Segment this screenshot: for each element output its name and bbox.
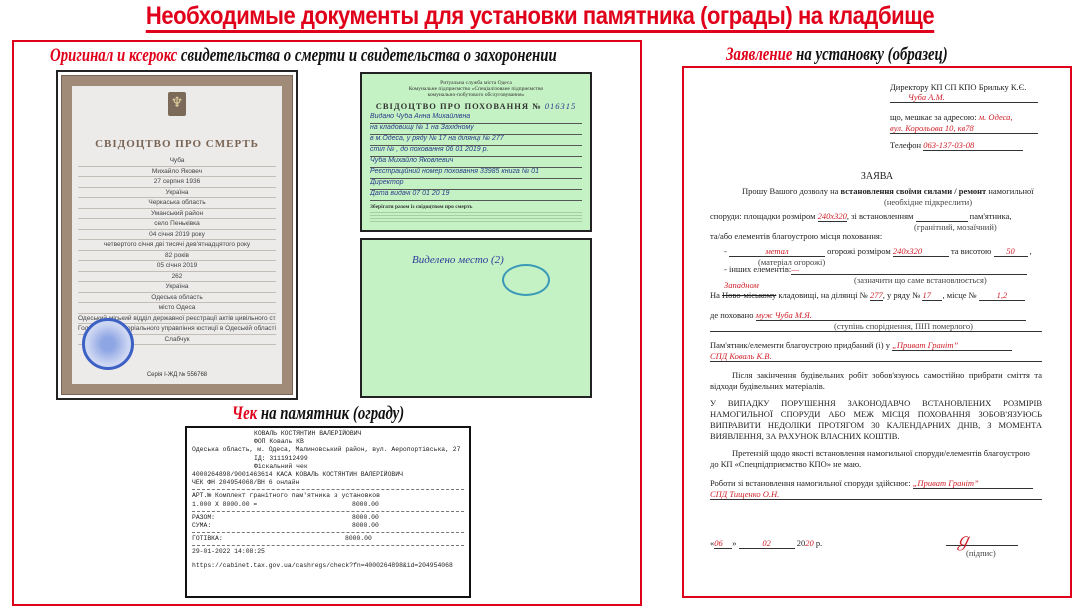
cemetery-struck: Ново-міському	[722, 290, 776, 300]
certificates-title-red: Оригинал и ксерокс	[50, 45, 177, 66]
platform-size: 240x320	[818, 211, 847, 222]
receipt-cash-value: 8000.00	[332, 535, 372, 543]
receipt-datetime: 29-01-2022 14:08:25	[192, 548, 464, 556]
death-certificate-field: Одеська область	[78, 293, 276, 304]
page-title: Необходимые документы для установки памя…	[65, 2, 1015, 31]
page-title-text: Необходимые документы для установки памя…	[146, 2, 934, 33]
cemetery-handwritten: Западном	[724, 280, 759, 290]
death-certificate-field: Михайло Яковеч	[78, 167, 276, 178]
monument-label: , зі встановленням	[847, 211, 914, 221]
receipt-seller: КОВАЛЬ КОСТЯНТИН ВАЛЕРІЙОВИЧ	[192, 430, 464, 438]
request-text-1: Прошу Вашого дозволу на	[742, 186, 838, 196]
phone-label: Телефон	[890, 140, 921, 150]
handwritten-note: Виделено место (2)	[412, 254, 504, 266]
works-contractor-2: СПД Тищенко О.Н.	[710, 489, 779, 499]
burial-field: стіл № , до поховання 06 01 2019 р.	[370, 146, 582, 157]
certificates-title-rest: свидетельства о смерти и свидетельства о…	[177, 45, 557, 66]
receipt-suma-label: СУМА:	[192, 522, 332, 530]
row-label: , у ряду №	[883, 290, 921, 300]
death-certificate-field: Уманський район	[78, 209, 276, 220]
death-certificate-field: 82 років	[78, 251, 276, 262]
death-certificate-field: 05 січня 2019	[78, 261, 276, 272]
paragraph-cleanup: Після закінчення будівельних робіт зобов…	[710, 370, 1042, 392]
burial-field: Чуба Михайло Яковлевич	[370, 157, 582, 168]
death-certificate-title: СВІДОЦТВО ПРО СМЕРТЬ	[72, 138, 282, 150]
burial-field: Реєстраційний номер поховання 33985 книг…	[370, 168, 582, 179]
burial-certificate-number: 016315	[545, 101, 577, 111]
height-label: та висотою	[951, 246, 991, 256]
monument-hint: (гранітний, мозаїчний)	[914, 222, 997, 232]
place-label: , місце №	[942, 290, 976, 300]
burial-certificate-front: Ритуальна служба міста ОдесаКомунальне п…	[360, 72, 592, 232]
address-label: що, мешкає за адресою:	[890, 112, 977, 122]
addressee: Директору КП СП КПО Брильку К.Є.	[890, 82, 1026, 92]
request-text-2: намогильної	[988, 186, 1033, 196]
platform-label: споруди: площадки розміром	[710, 211, 815, 221]
works-contractor-1: „Приват Граніт”	[913, 478, 1033, 489]
trident-emblem-icon: ♆	[168, 92, 186, 116]
receipt-title-red: Чек	[232, 403, 257, 424]
hint-underline: (необхідне підкреслити)	[884, 197, 972, 207]
death-certificate-field: Україна	[78, 282, 276, 293]
death-certificate: ♆ СВІДОЦТВО ПРО СМЕРТЬ ЧубаМихайло Якове…	[56, 70, 298, 400]
violation-line: ВИПРАВИТИ НЕДОЛІКИ ПРОТЯГОМ 30 КАЛЕНДАРН…	[710, 420, 1042, 431]
applicant-name: Чуба А.М.	[890, 92, 945, 102]
burial-certificate-header: Ритуальна служба міста ОдесаКомунальне п…	[370, 80, 582, 98]
other-elements-hint: (зазначити що саме встановлюється)	[854, 275, 987, 285]
burial-field: в м.Одеса, у ряду № 17 на ділянці № 277	[370, 135, 582, 146]
death-certificate-field: Чуба	[78, 156, 276, 167]
paragraph-claims-2: до КП «Спецпідприємство КПО» не маю.	[710, 459, 861, 469]
cemetery-label: кладовищі, на ділянці №	[778, 290, 867, 300]
application-title-red: Заявление	[726, 44, 792, 65]
cemetery-prefix: На	[710, 290, 720, 300]
divider	[192, 511, 464, 512]
works-label: Роботи зі встановлення намогильної спору…	[710, 478, 911, 488]
receipt-kasa: 4000264898/9001463614 КАСА КОВАЛЬ КОСТЯН…	[192, 471, 464, 479]
elements-label: та/або елементів благоустрою місця похов…	[710, 231, 882, 241]
death-certificate-serial: Серія I-ЖД № 556768	[72, 372, 282, 378]
burial-field: Директор	[370, 179, 582, 190]
violation-line: ВИЯВЛЕННЯ, ЗА РАХУНОК ВЛАСНИХ КОШТІВ.	[710, 431, 1042, 442]
death-certificate-field: село Пеньківка	[78, 219, 276, 230]
violation-line: У ВИПАДКУ ПОРУШЕННЯ ЗАКОНОДАВЧО ВСТАНОВЛ…	[710, 398, 1042, 409]
receipt-razom-value: 8000.00	[332, 514, 379, 522]
burial-field: на кладовищі № 1 на Західному	[370, 124, 582, 135]
receipt-suma-value: 8000.00	[332, 522, 379, 530]
receipt-section-title: Чек на памятник (ограду)	[232, 403, 404, 425]
receipt-qty: 1.000 X 8000.00 =	[192, 501, 332, 509]
request-text-bold: встановлення своїми силами / ремонт	[841, 186, 987, 196]
receipt-razom-label: РАЗОМ:	[192, 514, 332, 522]
receipt-item: АРТ.№ Комплект гранітного пам'ятника з у…	[192, 492, 464, 500]
burial-title-text: СВІДОЦТВО ПРО ПОХОВАННЯ №	[376, 101, 542, 111]
death-certificate-field: 27 серпня 1936	[78, 177, 276, 188]
date-year: 20	[805, 538, 814, 548]
receipt-url[interactable]: https://cabinet.tax.gov.ua/cashregs/chec…	[192, 562, 464, 570]
receipt-fiscal-label: Фіскальний чек	[192, 463, 464, 471]
death-certificate-field: 04 січня 2019 року	[78, 230, 276, 241]
date-suffix: р.	[816, 538, 822, 548]
burial-field: Видано Чуба Анна Михайлівна	[370, 113, 582, 124]
receipt-check-number: ЧЕК ФН 204954068/ВН 6 онлайн	[192, 479, 464, 487]
bought-from-2: СПД Коваль К.В.	[710, 351, 772, 361]
death-certificate-field: Черкаська область	[78, 198, 276, 209]
date-year-prefix: 20	[797, 538, 806, 548]
application-section-title: Заявление на установку (образец)	[726, 44, 948, 66]
divider	[192, 489, 464, 490]
fence-size: 240x320	[893, 246, 949, 257]
certificates-section-title: Оригинал и ксерокс свидетельства о смерт…	[50, 45, 557, 67]
plot-number: 277	[870, 290, 883, 301]
death-certificate-field: четвертого січня дві тисячі дев'ятнадцят…	[78, 240, 276, 251]
fence-label: огорожі розміром	[827, 246, 891, 256]
receipt-cash-label: ГОТІВКА:	[192, 535, 332, 543]
burial-certificate-fields: Видано Чуба Анна Михайлівнана кладовищі …	[370, 113, 582, 201]
death-certificate-field: місто Одеса	[78, 303, 276, 314]
blank-line	[710, 330, 1042, 332]
divider	[192, 532, 464, 533]
date-day: 06	[714, 538, 732, 549]
divider	[192, 545, 464, 546]
burial-field: Дата видачі 07 01 20 19	[370, 190, 582, 201]
application-title-rest: на установку (образец)	[792, 44, 947, 65]
burial-certificate-back: Виделено место (2)	[360, 238, 592, 398]
burial-header-line: комунально-побутового обслуговування»	[370, 92, 582, 98]
death-certificate-fields: ЧубаМихайло Яковеч27 серпня 1936УкраїнаЧ…	[78, 156, 276, 345]
receipt-title-rest: на памятник (ограду)	[257, 403, 404, 424]
phone-value: 063-137-03-08	[923, 140, 1023, 151]
burial-certificate-title: СВІДОЦТВО ПРО ПОХОВАННЯ № 016315	[370, 101, 582, 111]
place-number: 1,2	[979, 290, 1025, 301]
bought-label: Пам'ятник/елементи благоустрою придбаний…	[710, 340, 890, 350]
death-certificate-field: 262	[78, 272, 276, 283]
monument-end: пам'ятника,	[970, 211, 1012, 221]
fence-material: метал	[729, 246, 825, 257]
paragraph-violation: У ВИПАДКУ ПОРУШЕННЯ ЗАКОНОДАВЧО ВСТАНОВЛ…	[710, 398, 1042, 442]
receipt-address: Одеська область, м. Одеса, Малиновський …	[192, 446, 464, 454]
bought-from-1: „Приват Граніт”	[892, 340, 1012, 351]
paragraph-claims-1: Претензій щодо якості встановлення намог…	[732, 448, 1030, 458]
receipt-id: ІД: 3111912499	[192, 455, 464, 463]
buried-value: муж Чуба М.Я.	[756, 310, 1026, 321]
stamp-icon	[502, 264, 550, 296]
death-certificate-field: Україна	[78, 188, 276, 199]
violation-line: НАМОГИЛЬНОЇ СПОРУДИ АБО МЕЖ МІСЦЯ ПОХОВА…	[710, 409, 1042, 420]
other-elements-value: —	[791, 264, 1027, 275]
address-line-2: вул. Корольова 10, кв78	[890, 123, 974, 133]
date-month: 02	[739, 538, 795, 549]
fence-height: 50	[994, 246, 1028, 257]
official-stamp-icon	[82, 318, 134, 370]
other-elements-label: інших елементів:	[729, 264, 791, 274]
buried-label: де поховано	[710, 310, 753, 320]
application-form: Директору КП СП КПО Брильку К.Є. Чуба А.…	[682, 66, 1072, 598]
address-line-1: м. Одеса,	[979, 112, 1013, 122]
row-number: 17	[922, 290, 942, 301]
signature-icon: ℊ	[954, 526, 972, 552]
application-title: ЗАЯВА	[684, 171, 1070, 182]
burial-fine-print	[370, 210, 582, 224]
fiscal-receipt: КОВАЛЬ КОСТЯНТИН ВАЛЕРІЙОВИЧ ФОП Коваль …	[185, 426, 471, 598]
receipt-qty-total: 8000.00	[332, 501, 379, 509]
